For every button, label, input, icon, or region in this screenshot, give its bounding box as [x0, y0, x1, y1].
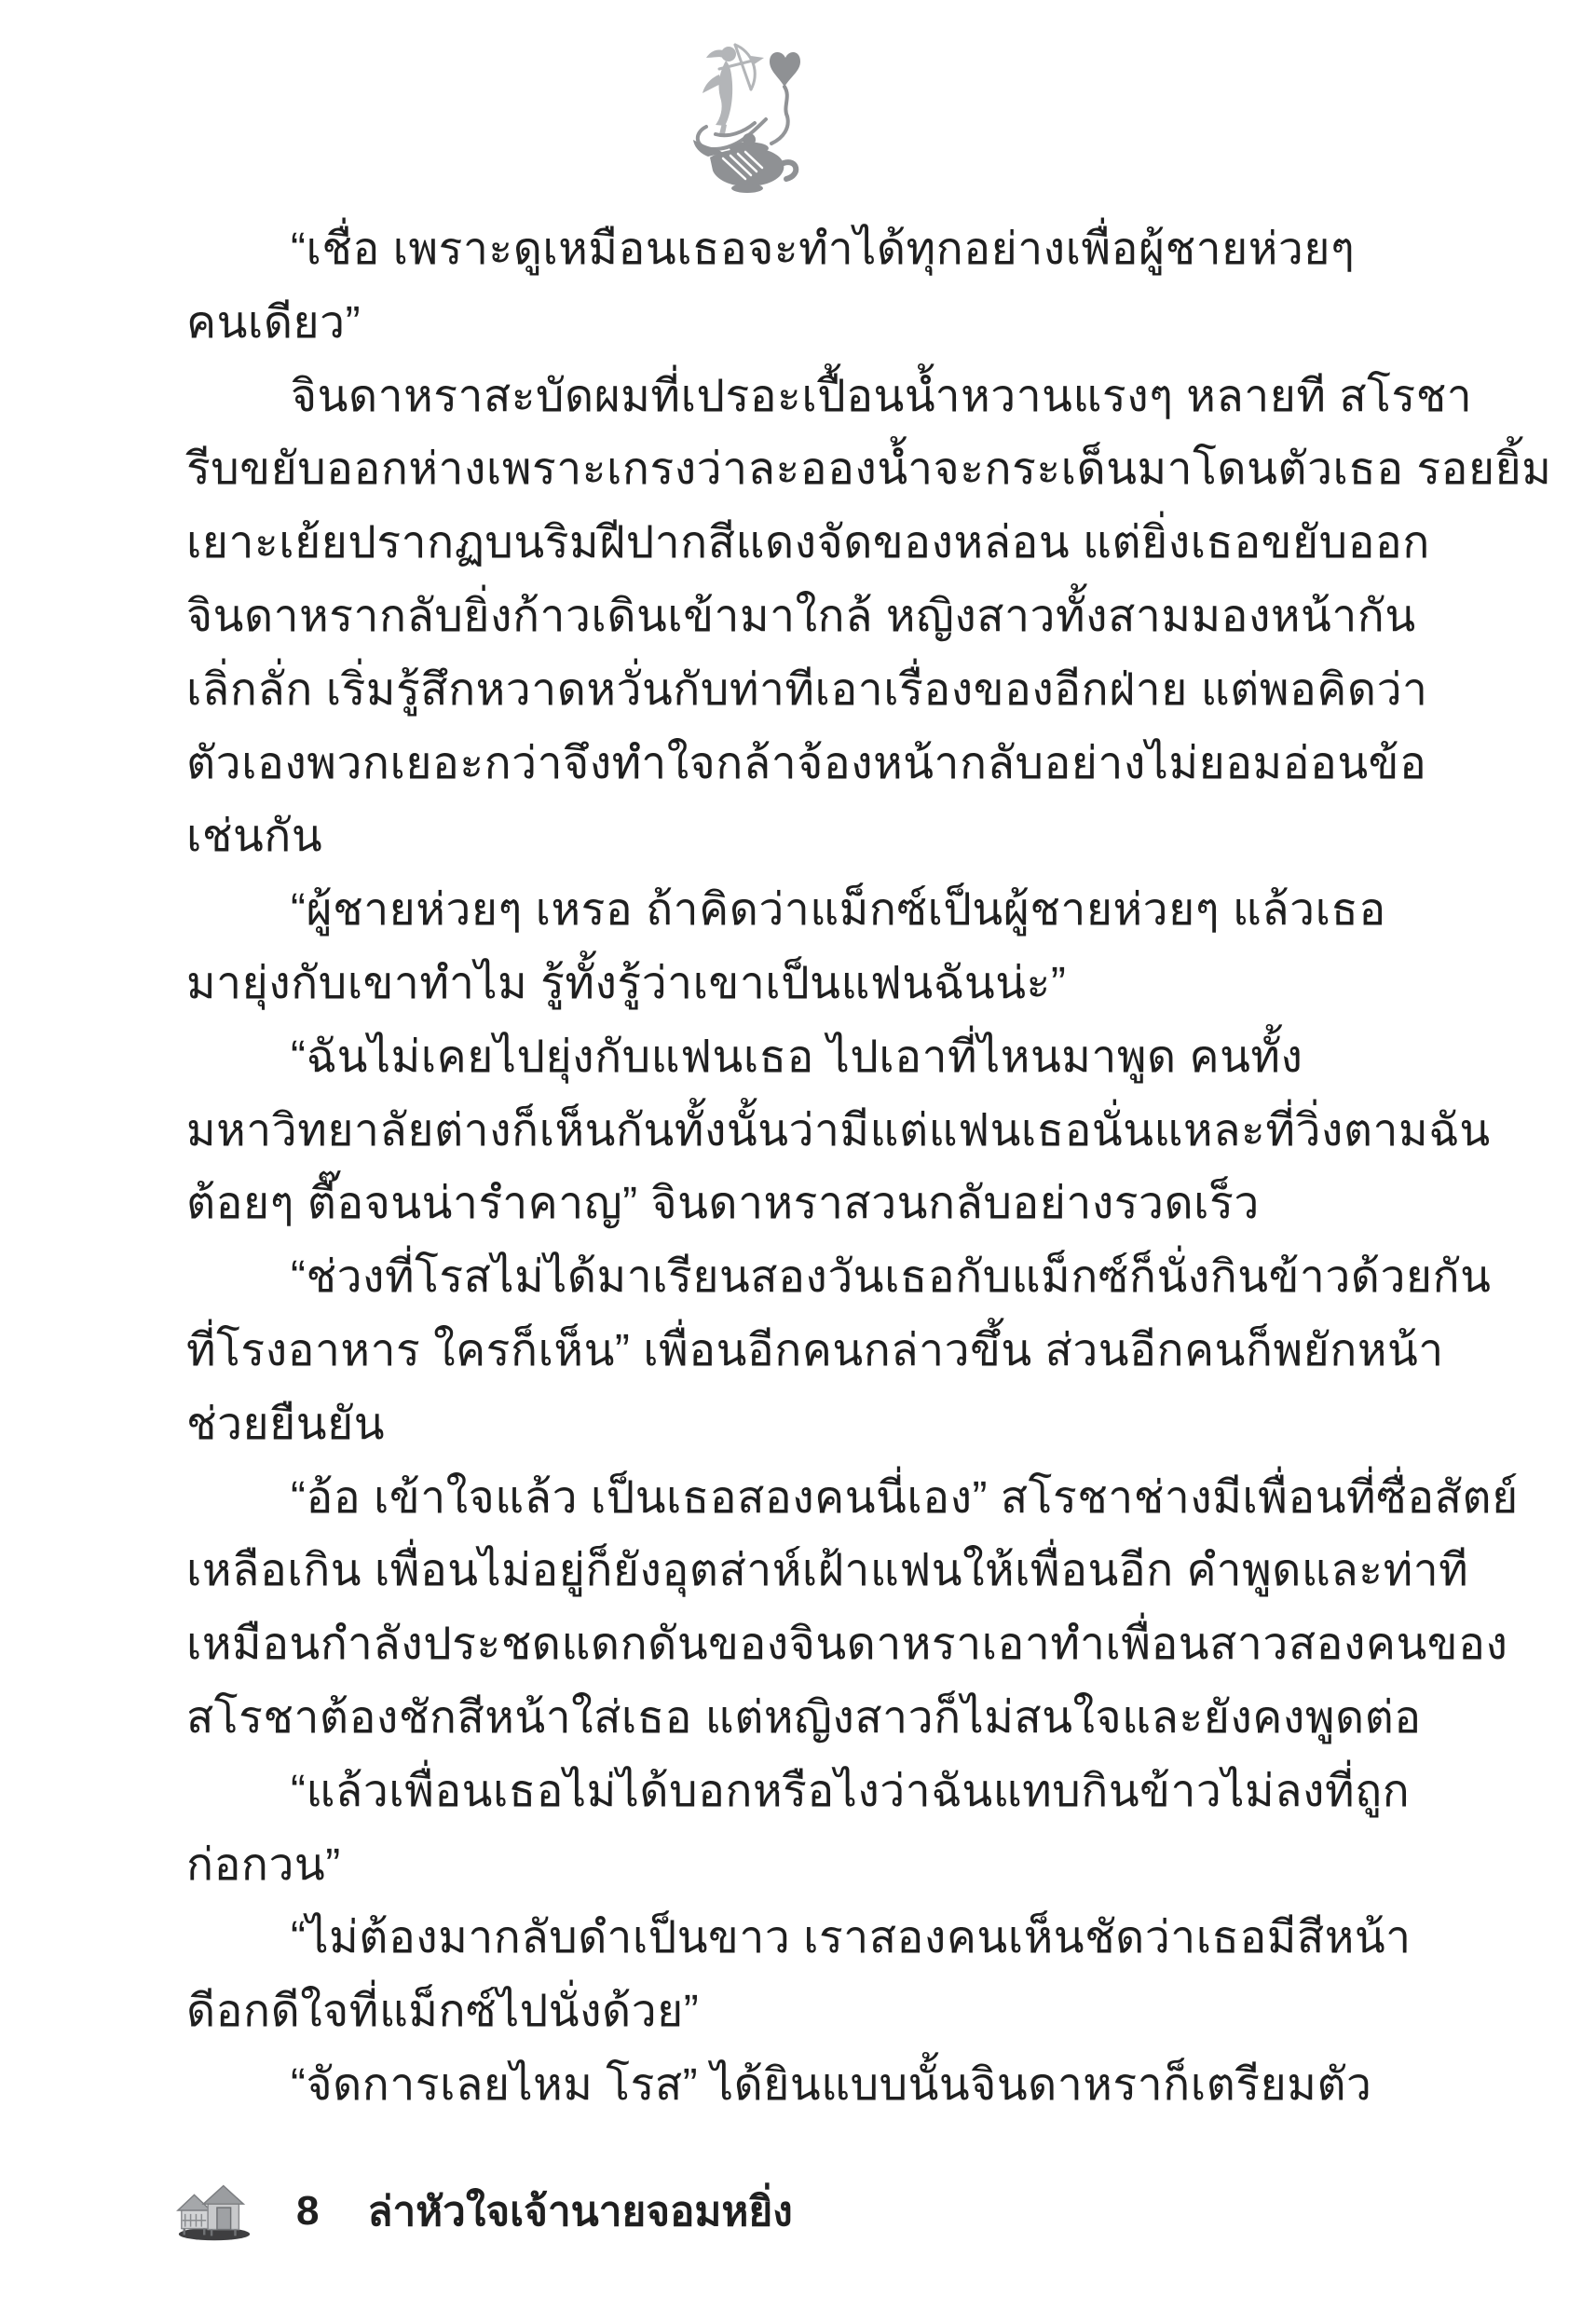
book-page: “เชื่อ เพราะดูเหมือนเธอจะทำได้ทุกอย่างเพ…: [0, 0, 1596, 2311]
text-line: มหาวิทยาลัยต่างก็เห็นกันทั้งนั้นว่ามีแต่…: [186, 1095, 1318, 1169]
text-line: ต้อยๆ ตื๊อจนน่ารำคาญ” จินดาหราสวนกลับอย่…: [186, 1168, 1318, 1241]
text-line: “อ้อ เข้าใจแล้ว เป็นเธอสองคนนี่เอง” สโรช…: [186, 1462, 1318, 1536]
page-number: 8: [296, 2188, 319, 2235]
text-line: จินดาหราสะบัดผมที่เปรอะเปื้อนน้ำหวานแรงๆ…: [186, 361, 1318, 434]
text-line: “ช่วงที่โรสไม่ได้มาเรียนสองวันเธอกับแม็ก…: [186, 1241, 1318, 1315]
text-line: เช่นกัน: [186, 800, 1318, 874]
text-line: “ผู้ชายห่วยๆ เหรอ ถ้าคิดว่าแม็กซ์เป็นผู้…: [186, 874, 1318, 948]
text-line: ตัวเองพวกเยอะกว่าจึงทำใจกล้าจ้องหน้ากลับ…: [186, 728, 1318, 801]
thai-house-icon: [173, 2180, 255, 2243]
text-line: เยาะเย้ยปรากฏบนริมฝีปากสีแดงจัดของหล่อน …: [186, 507, 1318, 581]
text-line: จินดาหรากลับยิ่งก้าวเดินเข้ามาใกล้ หญิงส…: [186, 581, 1318, 654]
text-line: “เชื่อ เพราะดูเหมือนเธอจะทำได้ทุกอย่างเพ…: [186, 213, 1318, 287]
text-line: มายุ่งกับเขาทำไม รู้ทั้งรู้ว่าเขาเป็นแฟน…: [186, 948, 1318, 1021]
footer: 8 ล่าหัวใจเจ้านายจอมหยิ่ง: [173, 2179, 793, 2244]
text-line: ช่วยยืนยัน: [186, 1388, 1318, 1462]
text-line: “ไม่ต้องมากลับดำเป็นขาว เราสองคนเห็นชัดว…: [186, 1902, 1318, 1976]
text-line: “แล้วเพื่อนเธอไม่ได้บอกหรือไงว่าฉันแทบกิ…: [186, 1756, 1318, 1829]
cupid-genie-lamp-ornament-icon: [691, 37, 814, 194]
text-line: “ฉันไม่เคยไปยุ่งกับแฟนเธอ ไปเอาที่ไหนมาพ…: [186, 1021, 1318, 1095]
text-line: สโรชาต้องชักสีหน้าใส่เธอ แต่หญิงสาวก็ไม่…: [186, 1682, 1318, 1756]
text-line: “จัดการเลยไหม โรส” ได้ยินแบบนั้นจินดาหรา…: [186, 2049, 1318, 2123]
text-line: เหลือเกิน เพื่อนไม่อยู่ก็ยังอุตส่าห์เฝ้า…: [186, 1535, 1318, 1608]
text-line: รีบขยับออกห่างเพราะเกรงว่าละอองน้ำจะกระเ…: [186, 433, 1318, 507]
body-text: “เชื่อ เพราะดูเหมือนเธอจะทำได้ทุกอย่างเพ…: [186, 213, 1318, 2123]
text-line: ก่อกวน”: [186, 1829, 1318, 1903]
text-line: คนเดียว”: [186, 287, 1318, 361]
text-line: ที่โรงอาหาร ใครก็เห็น” เพื่อนอีกคนกล่าวข…: [186, 1315, 1318, 1388]
text-line: ดีอกดีใจที่แม็กซ์ไปนั่งด้วย”: [186, 1976, 1318, 2049]
book-title: ล่าหัวใจเจ้านายจอมหยิ่ง: [367, 2179, 792, 2244]
text-line: เลิ่กลั่ก เริ่มรู้สึกหวาดหวั่นกับท่าทีเอ…: [186, 654, 1318, 728]
text-line: เหมือนกำลังประชดแดกดันของจินดาหราเอาทำเพ…: [186, 1608, 1318, 1682]
